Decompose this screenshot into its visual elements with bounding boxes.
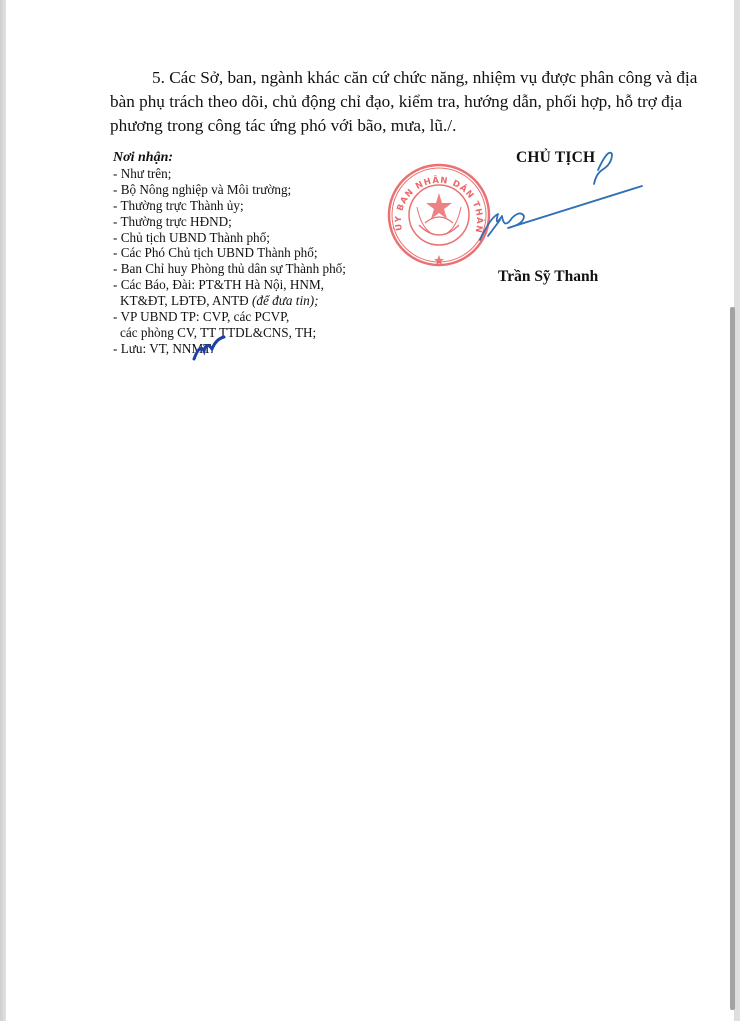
initial-mark-icon [190,333,230,363]
recipient-item: - Như trên; [113,166,346,182]
closing-paragraph: 5. Các Sở, ban, ngành khác căn cứ chức n… [110,66,660,138]
official-seal-icon: ỦY BAN NHÂN DÂN THÀNH PHỐ HÀ NỘI [387,163,491,267]
recipient-item-text: KT&ĐT, LĐTĐ, ANTĐ [120,293,249,308]
recipient-item: - VP UBND TP: CVP, các PCVP, [113,309,346,325]
recipient-item: - Chủ tịch UBND Thành phố; [113,230,346,246]
recipient-item: - Ban Chỉ huy Phòng thủ dân sự Thành phố… [113,261,346,277]
recipient-item: - Bộ Nông nghiệp và Môi trường; [113,182,346,198]
recipients-block: Nơi nhận: - Như trên; - Bộ Nông nghiệp v… [113,150,346,357]
scrollbar-thumb[interactable] [730,307,735,1010]
recipient-item: - Thường trực Thành ủy; [113,198,346,214]
svg-text:ỦY BAN NHÂN DÂN THÀNH PHỐ HÀ N: ỦY BAN NHÂN DÂN THÀNH PHỐ HÀ NỘI [387,163,486,234]
signer-title: CHỦ TỊCH [516,149,595,167]
paragraph-line: phương trong công tác ứng phó với bão, m… [110,114,660,138]
paragraph-line: bàn phụ trách theo dõi, chủ động chỉ đạo… [110,90,660,114]
viewer-left-edge [0,0,6,1021]
recipient-item: - Thường trực HĐND; [113,214,346,230]
recipients-heading: Nơi nhận: [113,150,346,166]
recipient-item: - Các Phó Chủ tịch UBND Thành phố; [113,245,346,261]
recipient-note: (để đưa tin); [252,293,319,308]
paragraph-line: 5. Các Sở, ban, ngành khác căn cứ chức n… [110,66,660,90]
recipient-item-continued: KT&ĐT, LĐTĐ, ANTĐ (để đưa tin); [113,293,346,309]
recipient-item: - Các Báo, Đài: PT&TH Hà Nội, HNM, [113,277,346,293]
signer-name: Trần Sỹ Thanh [498,268,598,286]
